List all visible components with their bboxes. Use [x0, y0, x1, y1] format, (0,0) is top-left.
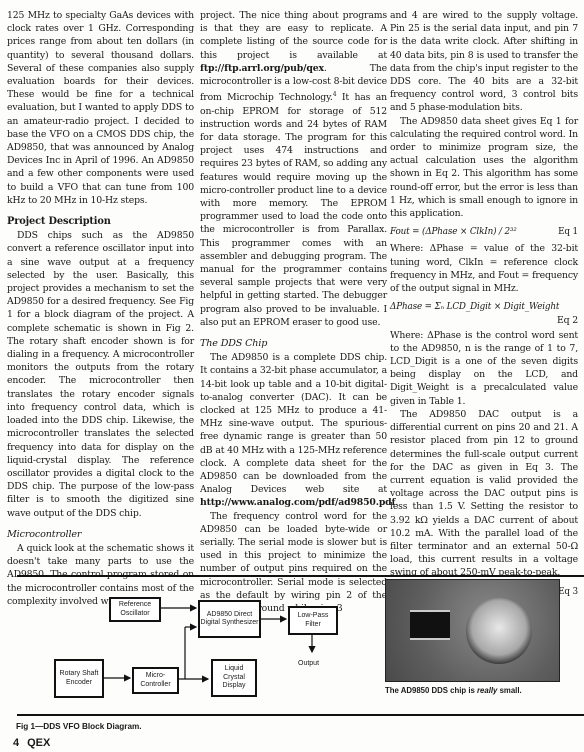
page-number: 4 — [13, 737, 19, 749]
magazine-name: QEX — [27, 737, 50, 749]
photo-caption: The AD9850 DDS chip is really small. — [385, 686, 522, 695]
chip-photo — [385, 579, 560, 682]
block-microcontroller: Micro-Controller — [132, 667, 179, 694]
block-dds-synthesizer: AD9850 Direct Digital Synthesizer — [198, 600, 261, 638]
block-low-pass-filter: Low-Pass Filter — [288, 606, 338, 635]
page-footer: 4QEX — [13, 737, 58, 749]
block-reference-oscillator: Reference Oscillator — [109, 597, 161, 622]
dime-coin-image — [466, 598, 532, 664]
ad9850-chip-image — [410, 610, 450, 640]
caption-emphasis: really — [477, 686, 497, 695]
output-label: Output — [298, 660, 319, 667]
block-rotary-shaft-encoder: Rotary Shaft Encoder — [54, 659, 104, 698]
caption-text: The AD9850 DDS chip is — [385, 686, 477, 695]
figure-caption: Fig 1—DDS VFO Block Diagram. — [16, 722, 142, 731]
caption-text: small. — [497, 686, 521, 695]
block-liquid-crystal-display: Liquid Crystal Display — [211, 659, 257, 697]
